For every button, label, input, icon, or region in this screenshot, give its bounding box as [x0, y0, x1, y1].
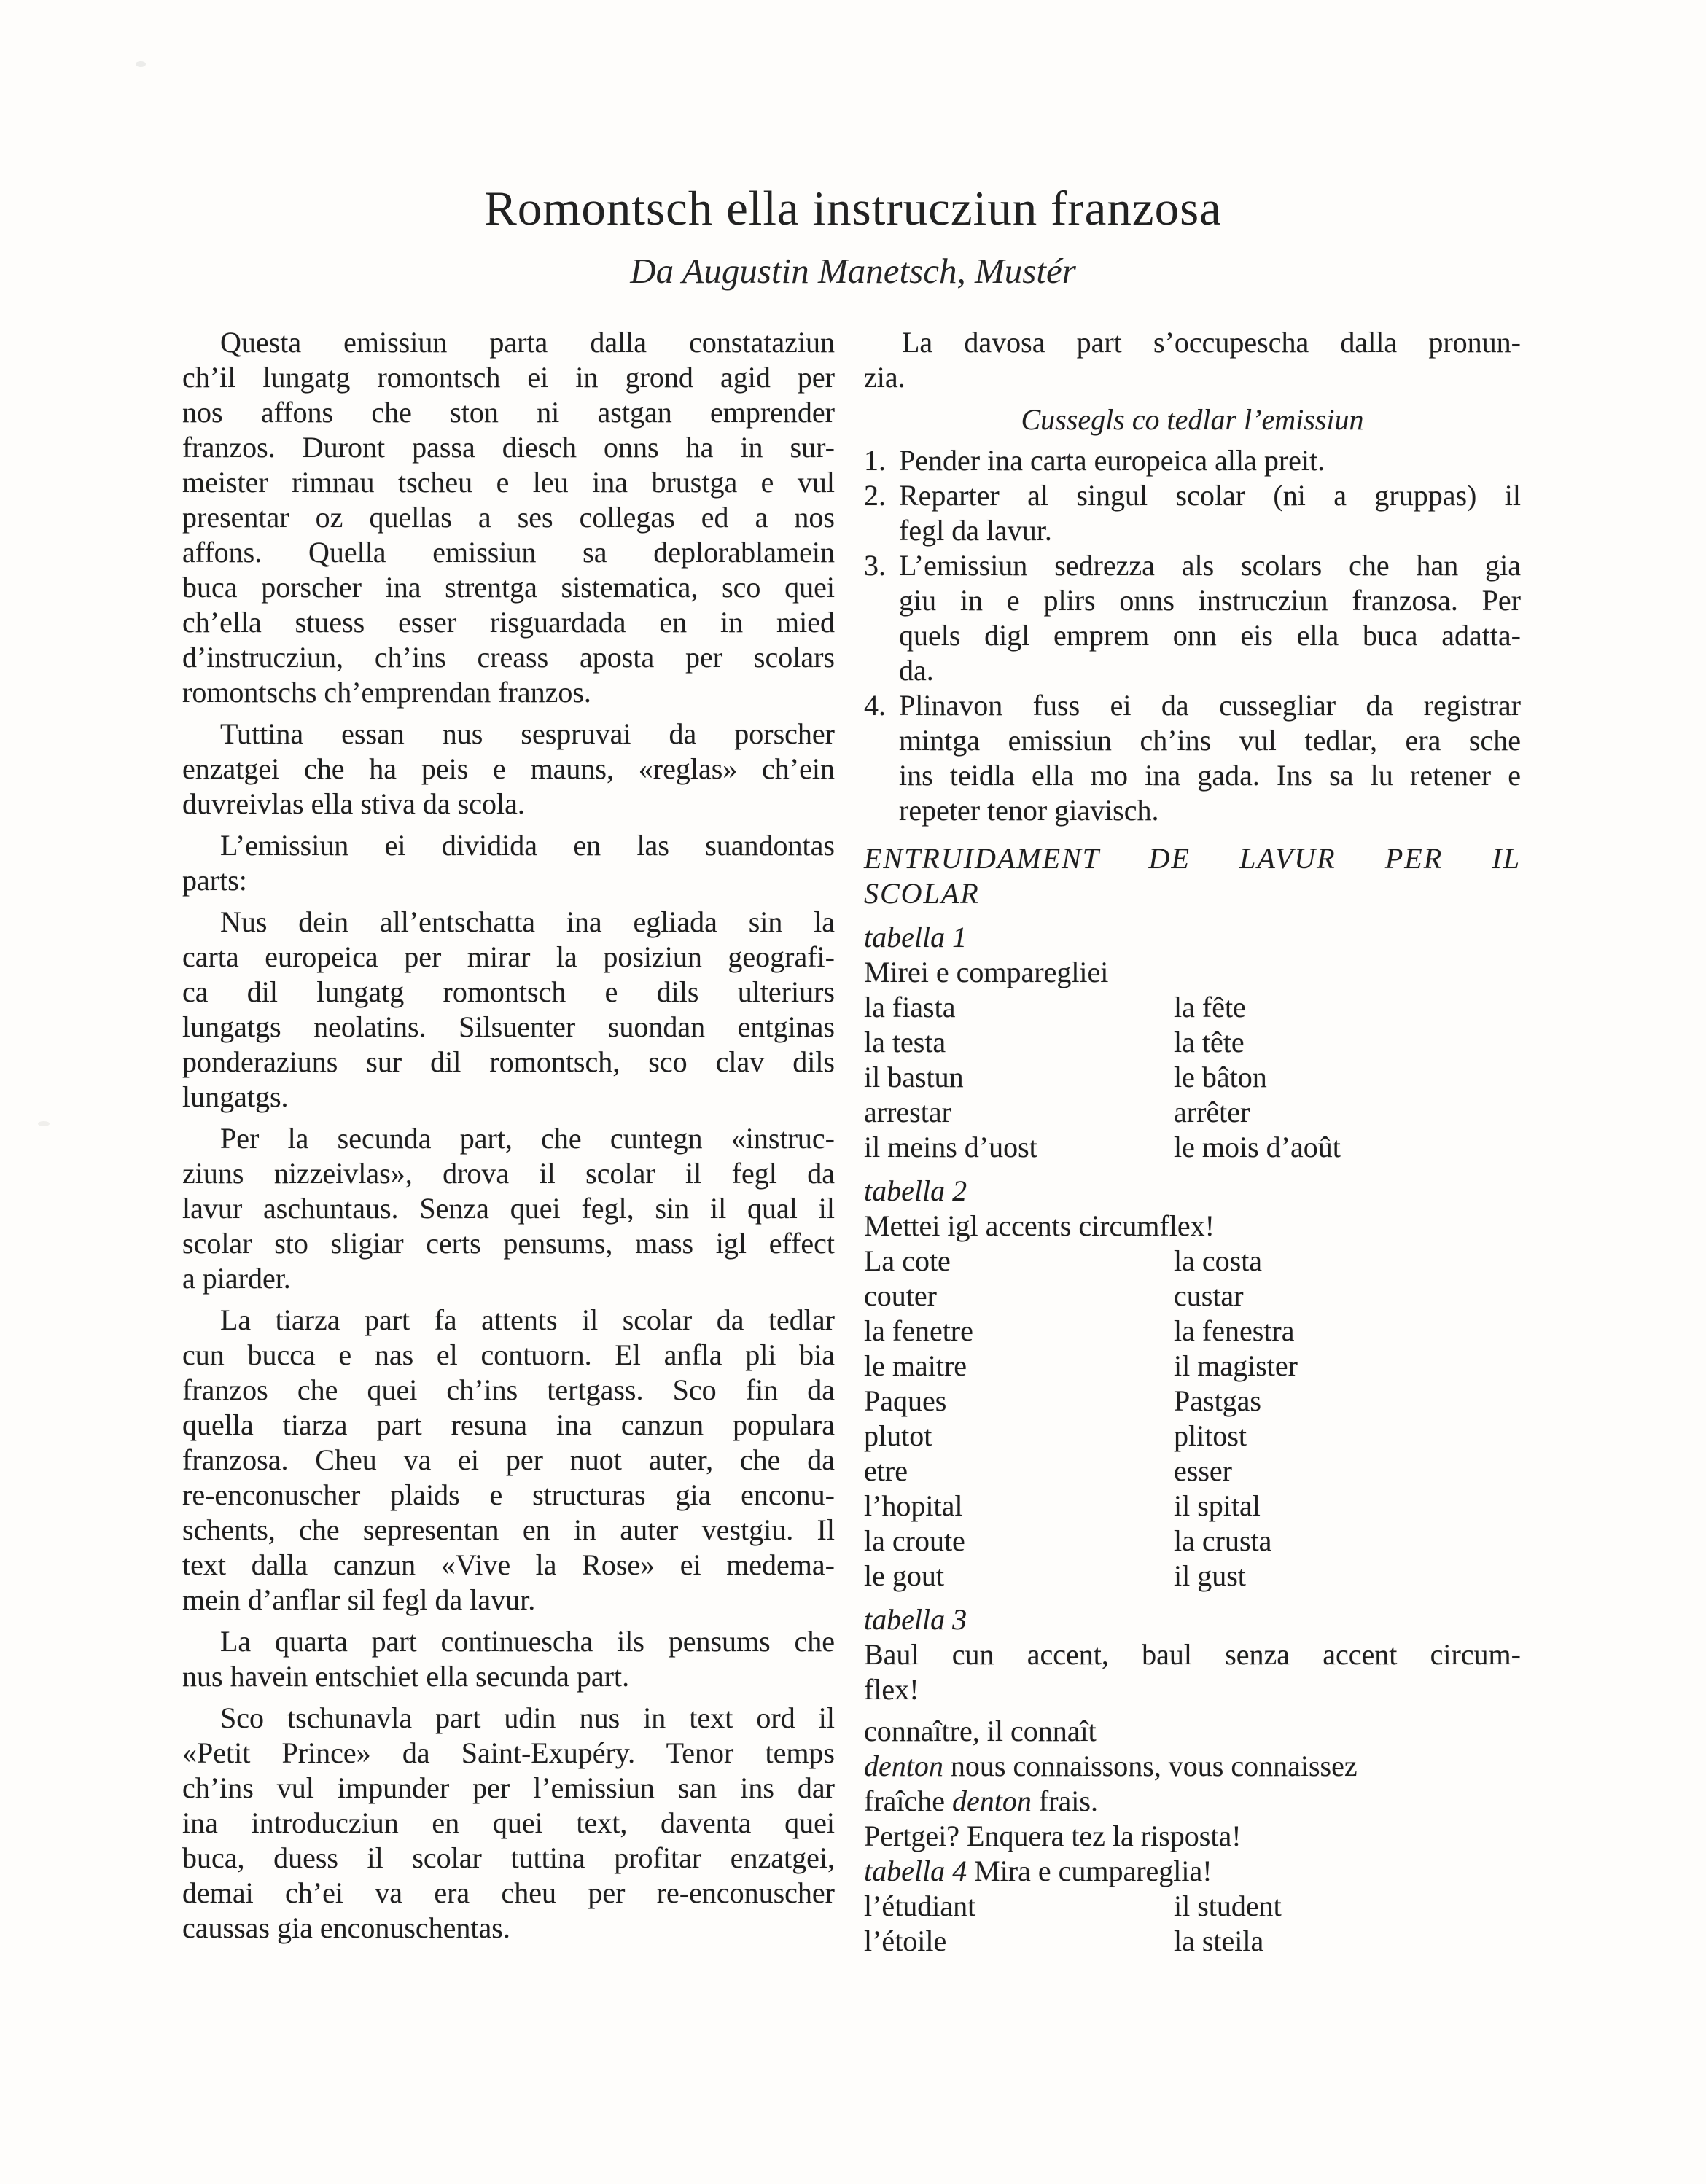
- term-translation: il student: [1174, 1889, 1521, 1924]
- right-column: La davosa part s’occupescha dalla pronun…: [864, 325, 1521, 1959]
- text-line: ina introducziun en quei text, daventa q…: [182, 1806, 835, 1841]
- text-line: La quarta part continuescha ils pensums …: [182, 1624, 835, 1659]
- text-line: denton nous connaissons, vous connaissez: [864, 1749, 1521, 1784]
- term-source: etre: [864, 1454, 1174, 1489]
- term-source: l’étudiant: [864, 1889, 1174, 1924]
- text-line: buca, duess il scolar tuttina profitar e…: [182, 1841, 835, 1876]
- section-heading: Cussegls co tedlar l’emissiun: [864, 402, 1521, 437]
- term-translation: plitost: [1174, 1419, 1521, 1454]
- term-translation: il gust: [1174, 1559, 1521, 1594]
- text-line: La tiarza part fa attents il scolar da t…: [182, 1303, 835, 1338]
- table-row: le goutil gust: [864, 1559, 1521, 1594]
- text-line: Baul cun accent, baul senza accent circu…: [864, 1637, 1521, 1672]
- term-source: plutot: [864, 1419, 1174, 1454]
- text-line: cun bucca e nas el contuorn. El anfla pl…: [182, 1338, 835, 1373]
- term-source: la fiasta: [864, 990, 1174, 1025]
- text-line: lavur aschuntaus. Senza quei fegl, sin i…: [182, 1191, 835, 1226]
- table-row: il meins d’uostle mois d’août: [864, 1130, 1521, 1165]
- text-line: a piarder.: [182, 1261, 835, 1296]
- table-label: tabella 2: [864, 1174, 1521, 1209]
- list-item-number: 4.: [864, 688, 899, 828]
- term-translation: la fenestra: [1174, 1314, 1521, 1349]
- text-line: carta europeica per mirar la posiziun ge…: [182, 940, 835, 975]
- text-line: La davosa part s’occupescha dalla pronun…: [864, 325, 1521, 360]
- text-line: duvreivlas ella stiva da scola.: [182, 787, 835, 822]
- term-translation: la fête: [1174, 990, 1521, 1025]
- text-line: Pertgei? Enquera tez la risposta!: [864, 1819, 1521, 1854]
- term-translation: la tête: [1174, 1025, 1521, 1060]
- text-line: L’emissiun sedrezza als scolars che han …: [899, 548, 1521, 583]
- heading-line: SCOLAR: [864, 876, 1521, 911]
- text-line: quels digl emprem onn eis ella buca adat…: [899, 618, 1521, 653]
- heading-line: ENTRUIDAMENT DE LAVUR PER IL: [864, 841, 1521, 876]
- table-row: l’étudiantil student: [864, 1889, 1521, 1924]
- text-line: Pender ina carta europeica alla preit.: [899, 443, 1521, 478]
- text-line: quella tiarza part resuna ina canzun pop…: [182, 1408, 835, 1443]
- term-source: Paques: [864, 1384, 1174, 1419]
- term-translation: il magister: [1174, 1349, 1521, 1384]
- text-line: Reparter al singul scolar (ni a gruppas)…: [899, 478, 1521, 513]
- two-column-body: Questa emissiun parta dalla constataziun…: [182, 325, 1521, 1959]
- text-line: tabella 4 Mira e cumpareglia!: [864, 1854, 1521, 1889]
- text-line: schents, che sepresentan en in auter ves…: [182, 1513, 835, 1548]
- term-source: il bastun: [864, 1060, 1174, 1095]
- text-line: flex!: [864, 1672, 1521, 1707]
- table-row: PaquesPastgas: [864, 1384, 1521, 1419]
- term-source: la testa: [864, 1025, 1174, 1060]
- list-item: 3.L’emissiun sedrezza als scolars che ha…: [864, 548, 1521, 688]
- term-translation: esser: [1174, 1454, 1521, 1489]
- list-item-number: 3.: [864, 548, 899, 688]
- table-row: il bastunle bâton: [864, 1060, 1521, 1095]
- text-line: Plinavon fuss ei da cussegliar da regist…: [899, 688, 1521, 723]
- text-line: re-enconuscher plaids e structuras gia e…: [182, 1478, 835, 1513]
- text-line: mein d’anflar sil fegl da lavur.: [182, 1583, 835, 1618]
- term-translation: la steila: [1174, 1924, 1521, 1959]
- text-line: lungatgs neolatins. Silsuenter suondan e…: [182, 1010, 835, 1045]
- term-source: le maitre: [864, 1349, 1174, 1384]
- term-source: le gout: [864, 1559, 1174, 1594]
- table-row: la fiastala fête: [864, 990, 1521, 1025]
- list-item: 1.Pender ina carta europeica alla preit.: [864, 443, 1521, 478]
- text-line: ch’ella stuess esser risguardada en in m…: [182, 605, 835, 640]
- text-line: romontschs ch’emprendan franzos.: [182, 675, 835, 710]
- text-line: ca dil lungatg romontsch e dils ulteriur…: [182, 975, 835, 1010]
- vocabulary-table: l’étudiantil studentl’étoilela steila: [864, 1889, 1521, 1959]
- scan-smudge: [136, 61, 146, 67]
- term-source: l’étoile: [864, 1924, 1174, 1959]
- text-line: nos affons che ston ni astgan emprender: [182, 395, 835, 430]
- text-line: Per la secunda part, che cuntegn «instru…: [182, 1121, 835, 1156]
- paragraph: La davosa part s’occupescha dalla pronun…: [864, 325, 1521, 395]
- page-title: Romontsch ella instrucziun franzosa: [0, 0, 1706, 237]
- term-translation: custar: [1174, 1279, 1521, 1314]
- text-line: caussas gia enconuschentas.: [182, 1911, 835, 1946]
- paragraph: Sco tschunavla part udin nus in text ord…: [182, 1701, 835, 1946]
- text-line: mintga emissiun ch’ins vul tedlar, era s…: [899, 723, 1521, 758]
- text-line: affons. Quella emissiun sa deplorablamei…: [182, 535, 835, 570]
- paragraph: Nus dein all’entschatta ina egliada sin …: [182, 905, 835, 1115]
- text-line: franzos che quei ch’ins tertgass. Sco fi…: [182, 1373, 835, 1408]
- paragraph: Per la secunda part, che cuntegn «instru…: [182, 1121, 835, 1296]
- term-source: la fenetre: [864, 1314, 1174, 1349]
- list-item: 2.Reparter al singul scolar (ni a gruppa…: [864, 478, 1521, 548]
- numbered-list: 1.Pender ina carta europeica alla preit.…: [864, 443, 1521, 828]
- text-line: franzos. Duront passa diesch onns ha in …: [182, 430, 835, 465]
- term-translation: la crusta: [1174, 1524, 1521, 1559]
- text-line: presentar oz quellas a ses collegas ed a…: [182, 500, 835, 535]
- term-translation: arrêter: [1174, 1095, 1521, 1130]
- text-line: d’instrucziun, ch’ins creass aposta per …: [182, 640, 835, 675]
- text-line: fraîche denton frais.: [864, 1784, 1521, 1819]
- left-column: Questa emissiun parta dalla constataziun…: [182, 325, 835, 1959]
- text-line: Mettei igl accents circumflex!: [864, 1209, 1521, 1244]
- paragraph: Questa emissiun parta dalla constataziun…: [182, 325, 835, 710]
- text-line: demai ch’ei va era cheu per re-enconusch…: [182, 1876, 835, 1911]
- text-line: fegl da lavur.: [899, 513, 1521, 548]
- paragraph: La quarta part continuescha ils pensums …: [182, 1624, 835, 1694]
- document-page: Romontsch ella instrucziun franzosa Da A…: [0, 0, 1706, 2184]
- term-source: La cote: [864, 1244, 1174, 1279]
- term-translation: le bâton: [1174, 1060, 1521, 1095]
- text-line: repeter tenor giavisch.: [899, 793, 1521, 828]
- table-row: coutercustar: [864, 1279, 1521, 1314]
- term-translation: il spital: [1174, 1489, 1521, 1524]
- table-row: l’étoilela steila: [864, 1924, 1521, 1959]
- list-item-body: Reparter al singul scolar (ni a gruppas)…: [899, 478, 1521, 548]
- table-label: tabella 3: [864, 1602, 1521, 1637]
- table-row: plutotplitost: [864, 1419, 1521, 1454]
- list-item: 4.Plinavon fuss ei da cussegliar da regi…: [864, 688, 1521, 828]
- table-row: la fenetrela fenestra: [864, 1314, 1521, 1349]
- text-line: meister rimnau tscheu e leu ina brustga …: [182, 465, 835, 500]
- term-source: il meins d’uost: [864, 1130, 1174, 1165]
- text-line: nus havein entschiet ella secunda part.: [182, 1659, 835, 1694]
- list-item-body: Pender ina carta europeica alla preit.: [899, 443, 1521, 478]
- table-row: le maitreil magister: [864, 1349, 1521, 1384]
- text-line: Mirei e comparegliei: [864, 955, 1521, 990]
- paragraph: Tuttina essan nus sespruvai da porschere…: [182, 717, 835, 822]
- work-section-heading: ENTRUIDAMENT DE LAVUR PER ILSCOLAR: [864, 841, 1521, 911]
- term-translation: Pastgas: [1174, 1384, 1521, 1419]
- table-row: la testala tête: [864, 1025, 1521, 1060]
- text-line: L’emissiun ei dividida en las suandontas: [182, 828, 835, 863]
- vocabulary-table: la fiastala fêtela testala têteil bastun…: [864, 990, 1521, 1165]
- text-line: parts:: [182, 863, 835, 898]
- text-line: Sco tschunavla part udin nus in text ord…: [182, 1701, 835, 1736]
- text-line: lungatgs.: [182, 1080, 835, 1115]
- list-item-body: L’emissiun sedrezza als scolars che han …: [899, 548, 1521, 688]
- paragraph: Baul cun accent, baul senza accent circu…: [864, 1637, 1521, 1707]
- text-line: Tuttina essan nus sespruvai da porscher: [182, 717, 835, 752]
- table-row: la croutela crusta: [864, 1524, 1521, 1559]
- term-translation: le mois d’août: [1174, 1130, 1521, 1165]
- text-line: text dalla canzun «Vive la Rose» ei mede…: [182, 1548, 835, 1583]
- text-line: da.: [899, 653, 1521, 688]
- text-line: enzatgei che ha peis e mauns, «reglas» c…: [182, 752, 835, 787]
- vocabulary-table: La cotela costacoutercustarla fenetrela …: [864, 1244, 1521, 1594]
- text-line: ch’il lungatg romontsch ei in grond agid…: [182, 360, 835, 395]
- text-line: ziuns nizzeivlas», drova il scolar il fe…: [182, 1156, 835, 1191]
- table-row: La cotela costa: [864, 1244, 1521, 1279]
- text-line: franzosa. Cheu va ei per nuot auter, che…: [182, 1443, 835, 1478]
- text-line: Questa emissiun parta dalla constataziun: [182, 325, 835, 360]
- text-line: «Petit Prince» da Saint-Exupéry. Tenor t…: [182, 1736, 835, 1771]
- list-item-body: Plinavon fuss ei da cussegliar da regist…: [899, 688, 1521, 828]
- text-line: ins teidla ella mo ina gada. Ins sa lu r…: [899, 758, 1521, 793]
- text-line: Nus dein all’entschatta ina egliada sin …: [182, 905, 835, 940]
- text-line: buca porscher ina strentga sistematica, …: [182, 570, 835, 605]
- paragraph: L’emissiun ei dividida en las suandontas…: [182, 828, 835, 898]
- text-line: connaître, il connaît: [864, 1714, 1521, 1749]
- table-label: tabella 1: [864, 920, 1521, 955]
- term-source: arrestar: [864, 1095, 1174, 1130]
- list-item-number: 2.: [864, 478, 899, 548]
- term-source: l’hopital: [864, 1489, 1174, 1524]
- list-item-number: 1.: [864, 443, 899, 478]
- paragraph: La tiarza part fa attents il scolar da t…: [182, 1303, 835, 1618]
- term-source: couter: [864, 1279, 1174, 1314]
- text-line: zia.: [864, 360, 1521, 395]
- byline: Da Augustin Manetsch, Mustér: [0, 250, 1706, 292]
- table-row: etreesser: [864, 1454, 1521, 1489]
- text-line: giu in e plirs onns instrucziun franzosa…: [899, 583, 1521, 618]
- text-line: ponderaziuns sur dil romontsch, sco clav…: [182, 1045, 835, 1080]
- table-row: arrestararrêter: [864, 1095, 1521, 1130]
- term-source: la croute: [864, 1524, 1174, 1559]
- scan-smudge: [38, 1121, 50, 1126]
- term-translation: la costa: [1174, 1244, 1521, 1279]
- table-row: l’hopitalil spital: [864, 1489, 1521, 1524]
- text-line: ch’ins vul impunder per l’emissiun san i…: [182, 1771, 835, 1806]
- text-line: scolar sto sligiar certs pensums, mass i…: [182, 1226, 835, 1261]
